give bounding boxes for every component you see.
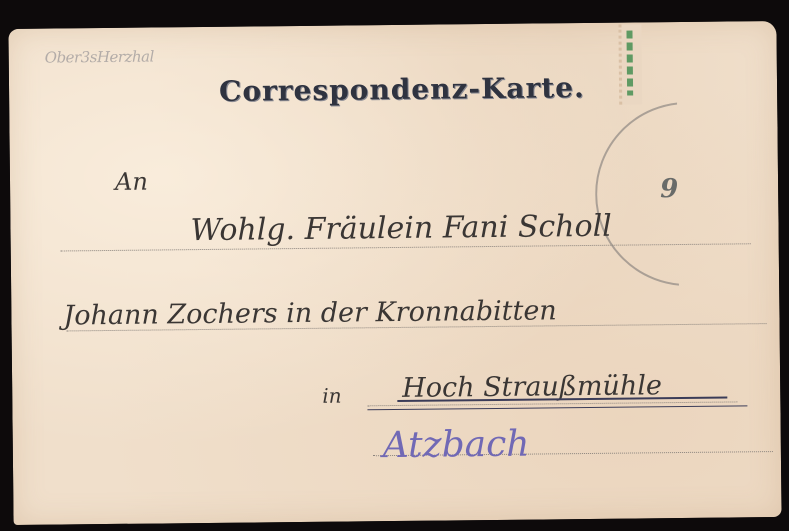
postmark-ring-icon [594,101,780,287]
salutation: An [115,168,148,196]
pencil-annotation: Ober3sHerzhal [45,48,154,67]
stamp-fragment-icon [626,30,633,95]
address-line-1: Wohlg. Fräulein Fani Scholl [190,209,612,248]
forwarding-note: Atzbach [383,424,530,467]
printed-title: Correspondenz-Karte. [219,71,585,108]
postcard: Ober3sHerzhal Correspondenz-Karte. 9 An … [8,21,781,525]
address-line-2: Johann Zochers in der Kronnabitten [63,295,557,331]
address-line-3-prefix: in [322,384,342,408]
postmark-text: 9 [660,174,678,204]
underline [367,405,747,410]
